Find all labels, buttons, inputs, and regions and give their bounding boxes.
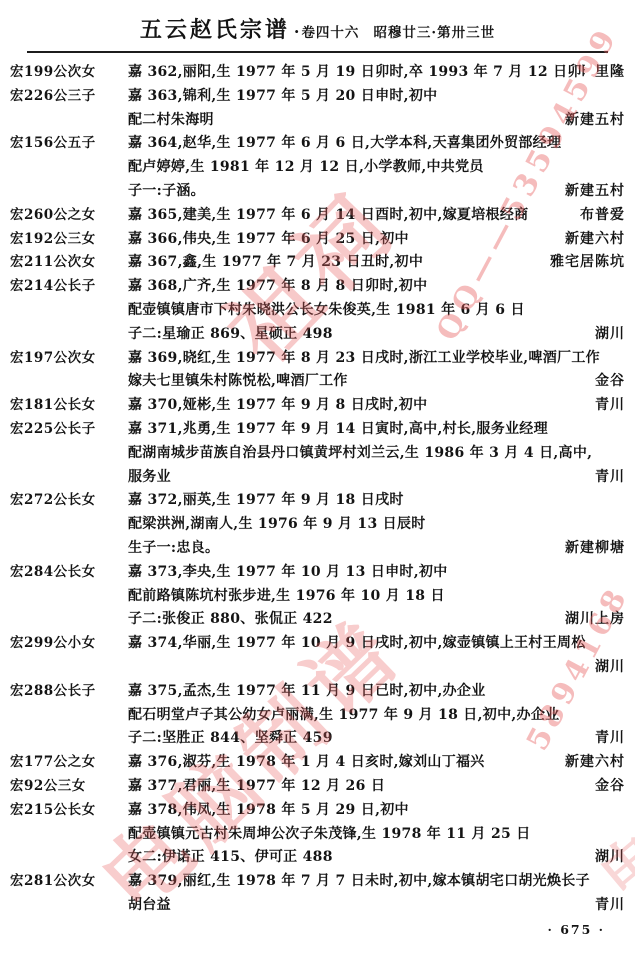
entry-ancestor-label: 宏199公次女 (10, 61, 128, 85)
entry-row: 配石明堂卢子其公幼女卢丽满,生 1977 年 9 月 18 日,初中,办企业 (10, 704, 625, 728)
entry-record-text: 嘉 377,君丽,生 1977 年 12 月 26 日 (128, 775, 385, 799)
entry-row: 子二:张俊正 880、张侃正 422湖川上房 (10, 608, 625, 632)
entry-ancestor-label: 宏226公三子 (10, 85, 128, 109)
entry-record-text: 嘉 367,鑫,生 1977 年 7 月 23 日丑时,初中 (128, 251, 423, 275)
entry-row: 配壶镇镇元古村朱周坤公次子朱茂锋,生 1978 年 11 月 25 日 (10, 823, 625, 847)
entry-row: 宏92公三女嘉 377,君丽,生 1977 年 12 月 26 日金谷 (10, 775, 625, 799)
entry-row: 宏260公之女嘉 365,建美,生 1977 年 6 月 14 日酉时,初中,嫁… (10, 204, 625, 228)
entry-record-text: 服务业 (128, 466, 171, 490)
entry-row: 宏281公次女嘉 379,丽红,生 1978 年 7 月 7 日未时,初中,嫁本… (10, 870, 625, 894)
entry-ancestor-label: 宏215公长女 (10, 799, 128, 823)
entry-row: 湖川 (10, 656, 625, 680)
entry-record-text: 嘉 364,赵华,生 1977 年 6 月 6 日,大学本科,天喜集团外贸部经理 (128, 132, 561, 156)
entry-record-text: 配湖南城步苗族自治县丹口镇黄坪村刘兰云,生 1986 年 3 月 4 日,高中, (128, 442, 592, 466)
entry-record-text: 子二:张俊正 880、张侃正 422 (128, 608, 333, 632)
entry-place-name: 湖川 (585, 656, 625, 680)
entry-row: 宏192公三女嘉 366,伟央,生 1977 年 6 月 25 日,初中新建六村 (10, 228, 625, 252)
entry-record-text: 嘉 378,伟凤,生 1978 年 5 月 29 日,初中 (128, 799, 409, 823)
genealogy-page: 五云赵氏宗谱·卷四十六昭穆廿三·第卅三世 宏199公次女嘉 362,丽阳,生 1… (0, 0, 635, 968)
entry-row: 宏226公三子嘉 363,锦利,生 1977 年 5 月 20 日申时,初中 (10, 85, 625, 109)
entry-ancestor-label: 宏192公三女 (10, 228, 128, 252)
entry-record-text: 嘉 372,丽英,生 1977 年 9 月 18 日戌时 (128, 489, 404, 513)
entry-ancestor-label: 宏288公长子 (10, 680, 128, 704)
entry-record-text: 子一:子涵。 (128, 180, 205, 204)
entry-row: 配前路镇陈坑村张步进,生 1976 年 10 月 18 日 (10, 585, 625, 609)
entry-place-name: 青川 (585, 894, 625, 918)
page-header: 五云赵氏宗谱·卷四十六昭穆廿三·第卅三世 (0, 0, 635, 44)
entry-record-text: 配壶镇镇唐市下村朱晓洪公长女朱俊英,生 1981 年 6 月 6 日 (128, 299, 525, 323)
entry-ancestor-label: 宏197公次女 (10, 347, 128, 371)
entry-ancestor-label: 宏181公长女 (10, 394, 128, 418)
entry-place-name: 新建五村 (555, 180, 625, 204)
entry-place-name: 新建六村 (555, 228, 625, 252)
entry-record-text: 子二:星瑜正 869、星硕正 498 (128, 323, 333, 347)
entry-row: 配梁洪洲,湖南人,生 1976 年 9 月 13 日辰时 (10, 513, 625, 537)
entry-record-text: 嘉 375,孟杰,生 1977 年 11 月 9 日已时,初中,办企业 (128, 680, 486, 704)
entry-record-text: 嫁夫七里镇朱村陈悦松,啤酒厂工作 (128, 370, 348, 394)
entry-row: 宏284公长女嘉 373,李央,生 1977 年 10 月 13 日申时,初中 (10, 561, 625, 585)
entry-row: 宏199公次女嘉 362,丽阳,生 1977 年 5 月 19 日卯时,卒 19… (10, 61, 625, 85)
entry-row: 宏215公长女嘉 378,伟凤,生 1978 年 5 月 29 日,初中 (10, 799, 625, 823)
entry-place-name: 青川 (585, 394, 625, 418)
entry-place-name: 金谷 (585, 775, 625, 799)
entry-ancestor-label: 宏92公三女 (10, 775, 128, 799)
entry-row: 生子一:忠良。新建柳塘 (10, 537, 625, 561)
entry-record-text: 胡台益 (128, 894, 171, 918)
entry-row: 配壶镇镇唐市下村朱晓洪公长女朱俊英,生 1981 年 6 月 6 日 (10, 299, 625, 323)
entry-place-name: 新建五村 (555, 109, 625, 133)
entry-place-name: 布普爱 (570, 204, 625, 228)
entry-ancestor-label: 宏225公长子 (10, 418, 128, 442)
entry-ancestor-label: 宏284公长女 (10, 561, 128, 585)
entry-row: 宏156公五子嘉 364,赵华,生 1977 年 6 月 6 日,大学本科,天喜… (10, 132, 625, 156)
entry-row: 宏211公次女嘉 367,鑫,生 1977 年 7 月 23 日丑时,初中雅宅居… (10, 251, 625, 275)
entry-record-text: 子二:坚胜正 844、坚舜正 459 (128, 727, 333, 751)
entry-record-text: 女二:伊诺正 415、伊可正 488 (128, 846, 333, 870)
entry-ancestor-label: 宏211公次女 (10, 251, 128, 275)
entry-record-text: 配卢婷婷,生 1981 年 12 月 12 日,小学教师,中共党员 (128, 156, 484, 180)
entry-row: 子二:星瑜正 869、星硕正 498湖川 (10, 323, 625, 347)
entry-record-text: 嘉 366,伟央,生 1977 年 6 月 25 日,初中 (128, 228, 409, 252)
entry-row: 宏288公长子嘉 375,孟杰,生 1977 年 11 月 9 日已时,初中,办… (10, 680, 625, 704)
entry-place-name: 湖川上房 (555, 608, 625, 632)
entry-row: 子二:坚胜正 844、坚舜正 459青川 (10, 727, 625, 751)
entry-record-text: 配壶镇镇元古村朱周坤公次子朱茂锋,生 1978 年 11 月 25 日 (128, 823, 531, 847)
book-title: 五云赵氏宗谱 (140, 17, 290, 43)
entry-row: 嫁夫七里镇朱村陈悦松,啤酒厂工作金谷 (10, 370, 625, 394)
entry-place-name: 湖川 (585, 323, 625, 347)
generation-label: 昭穆廿三·第卅三世 (373, 25, 495, 41)
entry-ancestor-label: 宏214公长子 (10, 275, 128, 299)
entry-place-name: 里隆 (585, 61, 625, 85)
volume-label: 卷四十六 (301, 25, 359, 41)
entry-row: 宏272公长女嘉 372,丽英,生 1977 年 9 月 18 日戌时 (10, 489, 625, 513)
entry-place-name: 新建六村 (555, 751, 625, 775)
entry-ancestor-label: 宏281公次女 (10, 870, 128, 894)
entry-ancestor-label: 宏260公之女 (10, 204, 128, 228)
title-separator: · (294, 22, 300, 41)
entry-record-text: 嘉 379,丽红,生 1978 年 7 月 7 日未时,初中,嫁本镇胡宅口胡光焕… (128, 870, 590, 894)
entry-place-name: 青川 (585, 727, 625, 751)
entry-ancestor-label: 宏177公之女 (10, 751, 128, 775)
entry-row: 宏177公之女嘉 376,淑芬,生 1978 年 1 月 4 日亥时,嫁刘山丁福… (10, 751, 625, 775)
entry-row: 服务业青川 (10, 466, 625, 490)
entry-row: 宏299公小女嘉 374,华丽,生 1977 年 10 月 9 日戌时,初中,嫁… (10, 632, 625, 656)
entry-record-text: 生子一:忠良。 (128, 537, 219, 561)
entry-row: 配二村朱海明新建五村 (10, 109, 625, 133)
entry-record-text: 配二村朱海明 (128, 109, 214, 133)
entry-record-text: 配前路镇陈坑村张步进,生 1976 年 10 月 18 日 (128, 585, 445, 609)
entry-ancestor-label: 宏156公五子 (10, 132, 128, 156)
entry-row: 胡台益青川 (10, 894, 625, 918)
entry-place-name: 新建柳塘 (555, 537, 625, 561)
entry-list: 宏199公次女嘉 362,丽阳,生 1977 年 5 月 19 日卯时,卒 19… (0, 53, 635, 918)
entry-row: 子一:子涵。新建五村 (10, 180, 625, 204)
entry-place-name: 金谷 (585, 370, 625, 394)
entry-record-text: 嘉 365,建美,生 1977 年 6 月 14 日酉时,初中,嫁夏培根经商 (128, 204, 528, 228)
entry-record-text: 配石明堂卢子其公幼女卢丽满,生 1977 年 9 月 18 日,初中,办企业 (128, 704, 559, 728)
entry-row: 宏181公长女嘉 370,娅彬,生 1977 年 9 月 8 日戌时,初中青川 (10, 394, 625, 418)
entry-row: 配湖南城步苗族自治县丹口镇黄坪村刘兰云,生 1986 年 3 月 4 日,高中, (10, 442, 625, 466)
entry-row: 女二:伊诺正 415、伊可正 488湖川 (10, 846, 625, 870)
entry-record-text: 嘉 362,丽阳,生 1977 年 5 月 19 日卯时,卒 1993 年 7 … (128, 61, 585, 85)
entry-place-name: 雅宅居陈坑 (540, 251, 625, 275)
entry-record-text: 嘉 363,锦利,生 1977 年 5 月 20 日申时,初中 (128, 85, 437, 109)
entry-ancestor-label: 宏272公长女 (10, 489, 128, 513)
entry-record-text: 嘉 370,娅彬,生 1977 年 9 月 8 日戌时,初中 (128, 394, 427, 418)
entry-record-text: 嘉 376,淑芬,生 1978 年 1 月 4 日亥时,嫁刘山丁福兴 (128, 751, 485, 775)
entry-record-text: 嘉 374,华丽,生 1977 年 10 月 9 日戌时,初中,嫁壶镇镇上王村王… (128, 632, 586, 656)
entry-record-text: 嘉 368,广齐,生 1977 年 8 月 8 日卯时,初中 (128, 275, 427, 299)
entry-row: 宏225公长子嘉 371,兆勇,生 1977 年 9 月 14 日寅时,高中,村… (10, 418, 625, 442)
entry-record-text: 配梁洪洲,湖南人,生 1976 年 9 月 13 日辰时 (128, 513, 426, 537)
entry-record-text: 嘉 369,晓红,生 1977 年 8 月 23 日戌时,浙江工业学校毕业,啤酒… (128, 347, 600, 371)
entry-place-name: 青川 (585, 466, 625, 490)
entry-record-text: 嘉 373,李央,生 1977 年 10 月 13 日申时,初中 (128, 561, 448, 585)
entry-ancestor-label: 宏299公小女 (10, 632, 128, 656)
entry-row: 宏214公长子嘉 368,广齐,生 1977 年 8 月 8 日卯时,初中 (10, 275, 625, 299)
entry-row: 配卢婷婷,生 1981 年 12 月 12 日,小学教师,中共党员 (10, 156, 625, 180)
entry-record-text: 嘉 371,兆勇,生 1977 年 9 月 14 日寅时,高中,村长,服务业经理 (128, 418, 548, 442)
page-number: · 675 · (548, 922, 606, 937)
entry-place-name: 湖川 (585, 846, 625, 870)
entry-row: 宏197公次女嘉 369,晓红,生 1977 年 8 月 23 日戌时,浙江工业… (10, 347, 625, 371)
